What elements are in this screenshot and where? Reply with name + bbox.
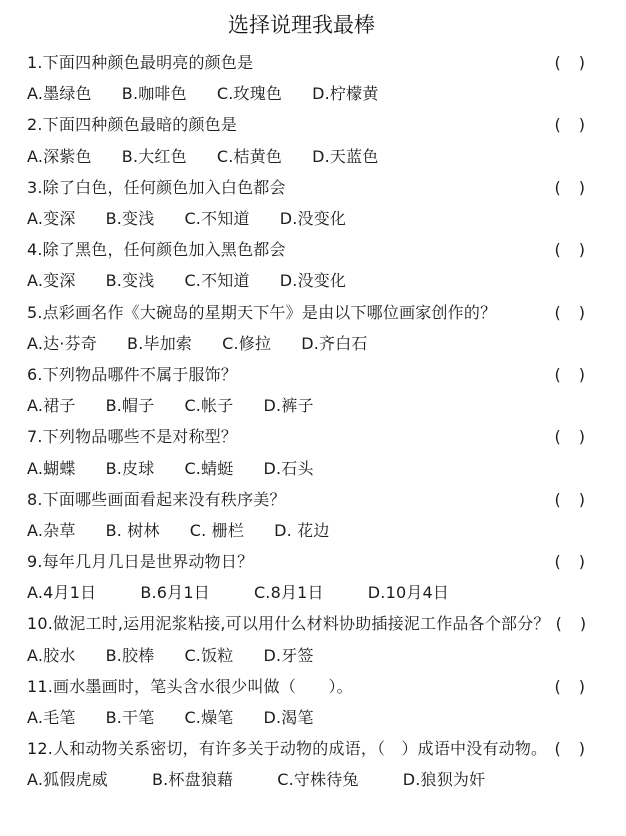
- question-text: 2.下面四种颜色最暗的颜色是: [27, 112, 237, 135]
- option-d: D.齐白石: [301, 331, 367, 354]
- answer-bracket: ( ): [549, 50, 587, 73]
- option-c: C.桔黄色: [217, 144, 282, 167]
- option-d: D.裤子: [264, 393, 314, 416]
- option-b: B.咖啡色: [122, 81, 187, 104]
- question-text: 9.每年几月几日是世界动物日？: [27, 549, 253, 572]
- option-a: A.变深: [27, 206, 76, 229]
- option-c: C.守株待兔: [277, 767, 358, 790]
- question-text: 8.下面哪些画面看起来没有秩序美？: [27, 487, 286, 510]
- answer-bracket: ( ): [549, 549, 587, 572]
- option-b: B. 树林: [106, 518, 160, 541]
- options-row-12: A.狐假虎威 B.杯盘狼藉 C.守株待兔 D.狼狈为奸: [27, 763, 586, 794]
- answer-bracket: ( ): [549, 112, 587, 135]
- option-d: D.狼狈为奸: [403, 767, 486, 790]
- option-c: C.8月1日: [254, 580, 324, 603]
- option-c: C.修拉: [222, 331, 271, 354]
- options-row-5: A.达·芬奇 B.毕加索 C.修拉 D.齐白石: [27, 327, 586, 358]
- option-b: B.杯盘狼藉: [152, 767, 233, 790]
- option-b: B.帽子: [106, 393, 155, 416]
- options-row-1: A.墨绿色 B.咖啡色 C.玫瑰色 D.柠檬黄: [27, 77, 586, 108]
- answer-bracket: ( ): [550, 611, 588, 634]
- option-a: A.达·芬奇: [27, 331, 97, 354]
- option-d: D.牙签: [264, 643, 314, 666]
- option-a: A.杂草: [27, 518, 76, 541]
- option-c: C.帐子: [184, 393, 233, 416]
- options-row-9: A.4月1日 B.6月1日 C.8月1日 D.10月4日: [27, 576, 586, 607]
- question-text: 12.人和动物关系密切，有许多关于动物的成语，（ ）成语中没有动物。: [27, 736, 547, 759]
- option-b: B.大红色: [122, 144, 187, 167]
- question-line-7: 7.下列物品哪些不是对称型？ ( ): [27, 420, 586, 451]
- option-c: C.燥笔: [184, 705, 233, 728]
- options-row-11: A.毛笔 B.干笔 C.燥笔 D.渴笔: [27, 701, 586, 732]
- option-b: B.变浅: [106, 206, 155, 229]
- question-line-2: 2.下面四种颜色最暗的颜色是 ( ): [27, 108, 586, 139]
- option-d: D. 花边: [274, 518, 330, 541]
- question-text: 5.点彩画名作《大碗岛的星期天下午》是由以下哪位画家创作的？: [27, 300, 496, 323]
- option-b: B.胶棒: [106, 643, 155, 666]
- question-text: 4.除了黑色，任何颜色加入黑色都会: [27, 237, 286, 260]
- option-c: C.不知道: [184, 268, 249, 291]
- option-a: A.裙子: [27, 393, 76, 416]
- option-a: A.毛笔: [27, 705, 76, 728]
- question-line-9: 9.每年几月几日是世界动物日？ ( ): [27, 545, 586, 576]
- option-d: D.没变化: [280, 268, 346, 291]
- answer-bracket: ( ): [549, 424, 587, 447]
- option-a: A.4月1日: [27, 580, 96, 603]
- answer-bracket: ( ): [549, 674, 587, 697]
- option-d: D.石头: [264, 456, 314, 479]
- option-d: D.天蓝色: [312, 144, 378, 167]
- options-row-8: A.杂草 B. 树林 C. 栅栏 D. 花边: [27, 514, 586, 545]
- options-row-10: A.胶水 B.胶棒 C.饭粒 D.牙签: [27, 639, 586, 670]
- page-title: 选择说理我最棒: [17, 8, 586, 46]
- question-line-4: 4.除了黑色，任何颜色加入黑色都会 ( ): [27, 233, 586, 264]
- question-text: 10.做泥工时,运用泥浆粘接,可以用什么材料协助插接泥工作品各个部分？: [27, 611, 550, 634]
- question-text: 6.下列物品哪件不属于服饰？: [27, 362, 237, 385]
- options-row-7: A.蝴蝶 B.皮球 C.蜻蜓 D.石头: [27, 451, 586, 482]
- option-d: D.渴笔: [264, 705, 314, 728]
- question-line-8: 8.下面哪些画面看起来没有秩序美？ ( ): [27, 483, 586, 514]
- option-c: C.蜻蜓: [184, 456, 233, 479]
- option-a: A.狐假虎威: [27, 767, 108, 790]
- option-b: B.变浅: [106, 268, 155, 291]
- answer-bracket: ( ): [549, 175, 587, 198]
- options-row-2: A.深紫色 B.大红色 C.桔黄色 D.天蓝色: [27, 140, 586, 171]
- option-d: D.10月4日: [368, 580, 449, 603]
- question-line-11: 11.画水墨画时，笔头含水很少叫做（ ）。 ( ): [27, 670, 586, 701]
- quiz-page: 选择说理我最棒 1.下面四种颜色最明亮的颜色是 ( ) A.墨绿色 B.咖啡色 …: [0, 0, 626, 836]
- option-a: A.蝴蝶: [27, 456, 76, 479]
- option-a: A.墨绿色: [27, 81, 92, 104]
- option-a: A.胶水: [27, 643, 76, 666]
- option-d: D.柠檬黄: [312, 81, 378, 104]
- options-row-4: A.变深 B.变浅 C.不知道 D.没变化: [27, 264, 586, 295]
- option-b: B.皮球: [106, 456, 155, 479]
- answer-bracket: ( ): [549, 487, 587, 510]
- options-row-3: A.变深 B.变浅 C.不知道 D.没变化: [27, 202, 586, 233]
- option-c: C. 栅栏: [190, 518, 244, 541]
- question-text: 3.除了白色，任何颜色加入白色都会: [27, 175, 286, 198]
- question-line-1: 1.下面四种颜色最明亮的颜色是 ( ): [27, 46, 586, 77]
- answer-bracket: ( ): [549, 736, 587, 759]
- answer-bracket: ( ): [549, 300, 587, 323]
- option-c: C.不知道: [184, 206, 249, 229]
- option-a: A.变深: [27, 268, 76, 291]
- question-line-5: 5.点彩画名作《大碗岛的星期天下午》是由以下哪位画家创作的？ ( ): [27, 296, 586, 327]
- question-text: 7.下列物品哪些不是对称型？: [27, 424, 237, 447]
- option-c: C.饭粒: [184, 643, 233, 666]
- answer-bracket: ( ): [549, 237, 587, 260]
- option-d: D.没变化: [280, 206, 346, 229]
- question-text: 11.画水墨画时，笔头含水很少叫做（ ）。: [27, 674, 353, 697]
- option-b: B.6月1日: [140, 580, 210, 603]
- question-line-3: 3.除了白色，任何颜色加入白色都会 ( ): [27, 171, 586, 202]
- question-text: 1.下面四种颜色最明亮的颜色是: [27, 50, 253, 73]
- question-line-10: 10.做泥工时,运用泥浆粘接,可以用什么材料协助插接泥工作品各个部分？ ( ): [27, 607, 586, 638]
- answer-bracket: ( ): [549, 362, 587, 385]
- question-line-12: 12.人和动物关系密切，有许多关于动物的成语，（ ）成语中没有动物。 ( ): [27, 732, 586, 763]
- question-line-6: 6.下列物品哪件不属于服饰？ ( ): [27, 358, 586, 389]
- options-row-6: A.裙子 B.帽子 C.帐子 D.裤子: [27, 389, 586, 420]
- option-c: C.玫瑰色: [217, 81, 282, 104]
- option-a: A.深紫色: [27, 144, 92, 167]
- option-b: B.干笔: [106, 705, 155, 728]
- option-b: B.毕加索: [127, 331, 192, 354]
